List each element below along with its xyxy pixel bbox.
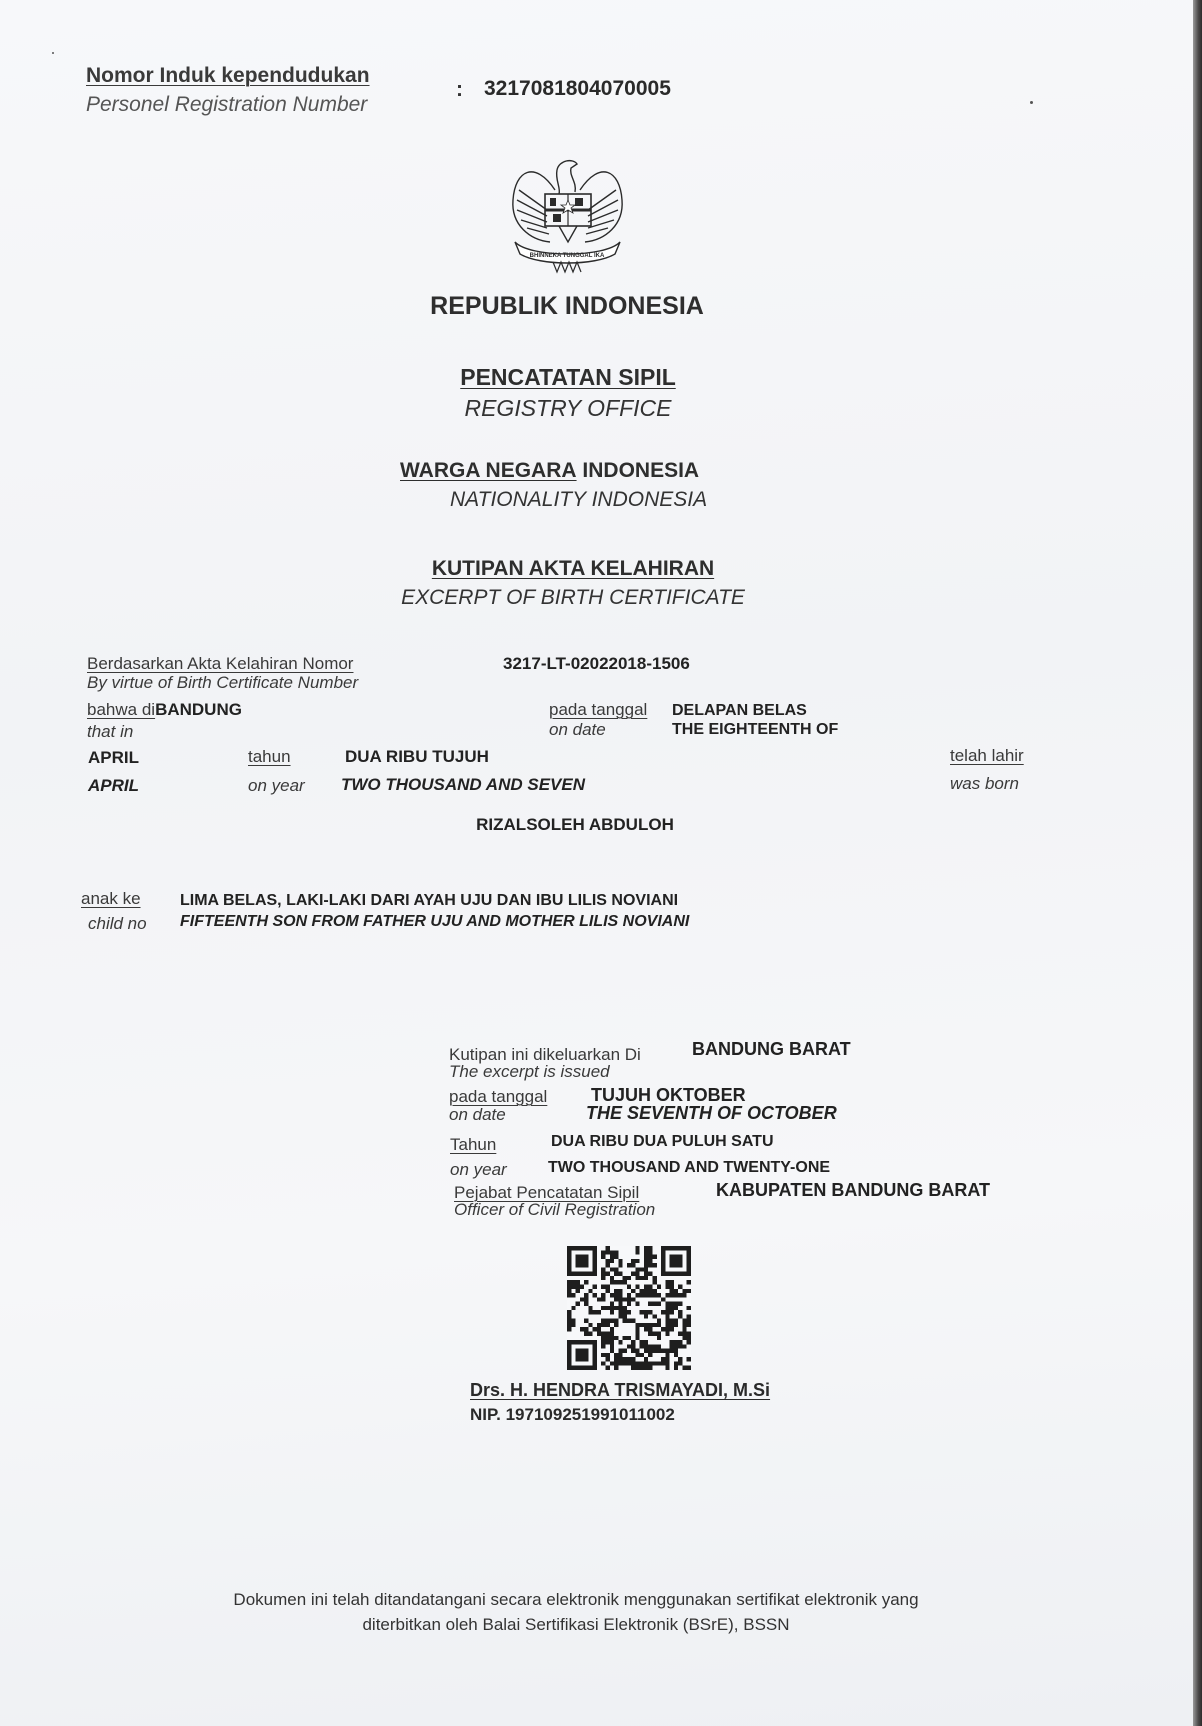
- scan-speck: [1030, 101, 1033, 104]
- cert-number-label: Berdasarkan Akta Kelahiran Nomor: [87, 654, 353, 674]
- birth-date-value: DELAPAN BELAS: [672, 702, 807, 720]
- issued-year-label-en: on year: [450, 1160, 507, 1180]
- birth-year-label: tahun: [248, 747, 291, 767]
- scan-speck: [52, 52, 54, 54]
- child-order-value: LIMA BELAS, LAKI-LAKI DARI AYAH UJU DAN …: [180, 892, 678, 910]
- born-label-en: was born: [950, 774, 1019, 794]
- birth-year-label-en: on year: [248, 776, 305, 796]
- birth-year-value-en: TWO THOUSAND AND SEVEN: [341, 775, 585, 795]
- nationality-label: WARGA NEGARA: [400, 459, 577, 482]
- birth-month-value-en: APRIL: [88, 776, 139, 796]
- office-title-en: REGISTRY OFFICE: [464, 395, 671, 422]
- office-title: PENCATATAN SIPIL: [460, 364, 676, 391]
- birth-month-value: APRIL: [88, 748, 139, 768]
- birth-date-value-en: THE EIGHTEENTH OF: [672, 721, 838, 739]
- birth-place-row: bahwa diBANDUNG: [87, 700, 242, 720]
- cert-number-label-en: By virtue of Birth Certificate Number: [87, 673, 358, 693]
- nik-value: 3217081804070005: [484, 77, 671, 101]
- qr-code-icon: [567, 1246, 691, 1370]
- issued-date-label-en: on date: [449, 1105, 506, 1125]
- document-title: KUTIPAN AKTA KELAHIRAN: [432, 557, 714, 581]
- child-order-label: anak ke: [81, 889, 141, 909]
- issued-date-label: pada tanggal: [449, 1087, 547, 1107]
- svg-text:BHINNEKA TUNGGAL IKA: BHINNEKA TUNGGAL IKA: [530, 253, 605, 259]
- birth-place-label: bahwa di: [87, 700, 155, 719]
- footer-line-1: Dokumen ini telah ditandatangani secara …: [233, 1590, 918, 1610]
- nik-label: Nomor Induk kependudukan: [86, 64, 370, 88]
- nik-label-en: Personel Registration Number: [86, 93, 367, 117]
- birth-year-value: DUA RIBU TUJUH: [345, 747, 489, 767]
- nationality-value: INDONESIA: [582, 459, 699, 482]
- issued-at-value: BANDUNG BARAT: [692, 1039, 851, 1060]
- officer-label-en: Officer of Civil Registration: [454, 1200, 655, 1220]
- birth-place-label-en: that in: [87, 722, 133, 742]
- child-name: RIZALSOLEH ABDULOH: [476, 815, 674, 835]
- garuda-pancasila-emblem-icon: BHINNEKA TUNGGAL IKA: [495, 150, 640, 275]
- republic-title: REPUBLIK INDONESIA: [430, 292, 704, 321]
- birth-date-label-en: on date: [549, 720, 606, 740]
- issued-year-value-en: TWO THOUSAND AND TWENTY-ONE: [548, 1159, 830, 1177]
- issued-year-value: DUA RIBU DUA PULUH SATU: [551, 1133, 774, 1151]
- birth-place-value: BANDUNG: [155, 700, 242, 719]
- officer-value: KABUPATEN BANDUNG BARAT: [716, 1180, 990, 1201]
- nik-colon: :: [456, 78, 463, 102]
- signer-name: Drs. H. HENDRA TRISMAYADI, M.Si: [470, 1380, 770, 1401]
- footer-line-2: diterbitkan oleh Balai Sertifikasi Elekt…: [362, 1615, 789, 1635]
- scan-edge: [1193, 0, 1202, 1726]
- child-order-label-en: child no: [88, 914, 147, 934]
- signer-nip: NIP. 197109251991011002: [470, 1405, 675, 1425]
- born-label: telah lahir: [950, 746, 1024, 766]
- cert-number-value: 3217-LT-02022018-1506: [503, 654, 690, 674]
- child-order-value-en: FIFTEENTH SON FROM FATHER UJU AND MOTHER…: [180, 913, 689, 931]
- issued-at-label-en: The excerpt is issued: [449, 1062, 610, 1082]
- birth-date-label: pada tanggal: [549, 700, 647, 720]
- issued-year-label: Tahun: [450, 1135, 496, 1155]
- nationality-en: NATIONALITY INDONESIA: [450, 488, 707, 512]
- document-title-en: EXCERPT OF BIRTH CERTIFICATE: [401, 586, 745, 610]
- nationality-row: WARGA NEGARA INDONESIA: [400, 459, 699, 483]
- issued-date-value-en: THE SEVENTH OF OCTOBER: [586, 1103, 837, 1124]
